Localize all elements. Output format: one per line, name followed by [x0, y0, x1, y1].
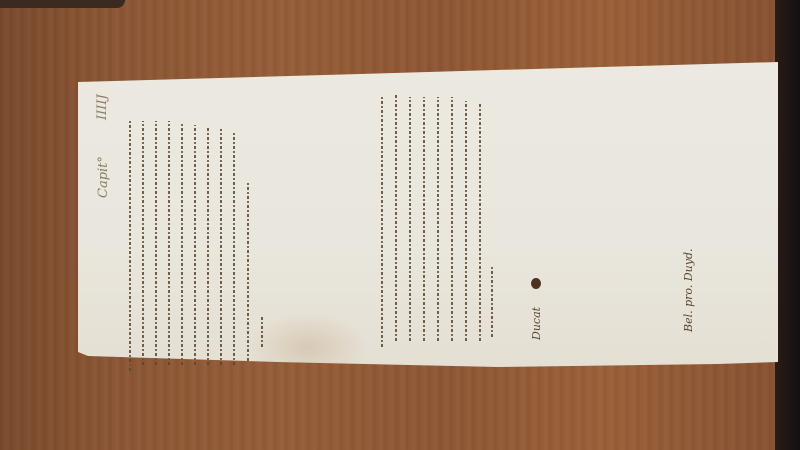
dark-edge — [775, 0, 800, 450]
note-bel: Bel. pro. Duyd. — [682, 249, 695, 332]
water-stain — [248, 312, 368, 382]
manuscript-leaf — [78, 62, 778, 370]
margin-number: IIIIJ — [95, 94, 110, 120]
paper-hole — [531, 278, 541, 289]
note-ducat: Ducat — [530, 307, 543, 340]
margin-heading: Capit° — [96, 156, 111, 198]
dark-object — [0, 0, 125, 8]
